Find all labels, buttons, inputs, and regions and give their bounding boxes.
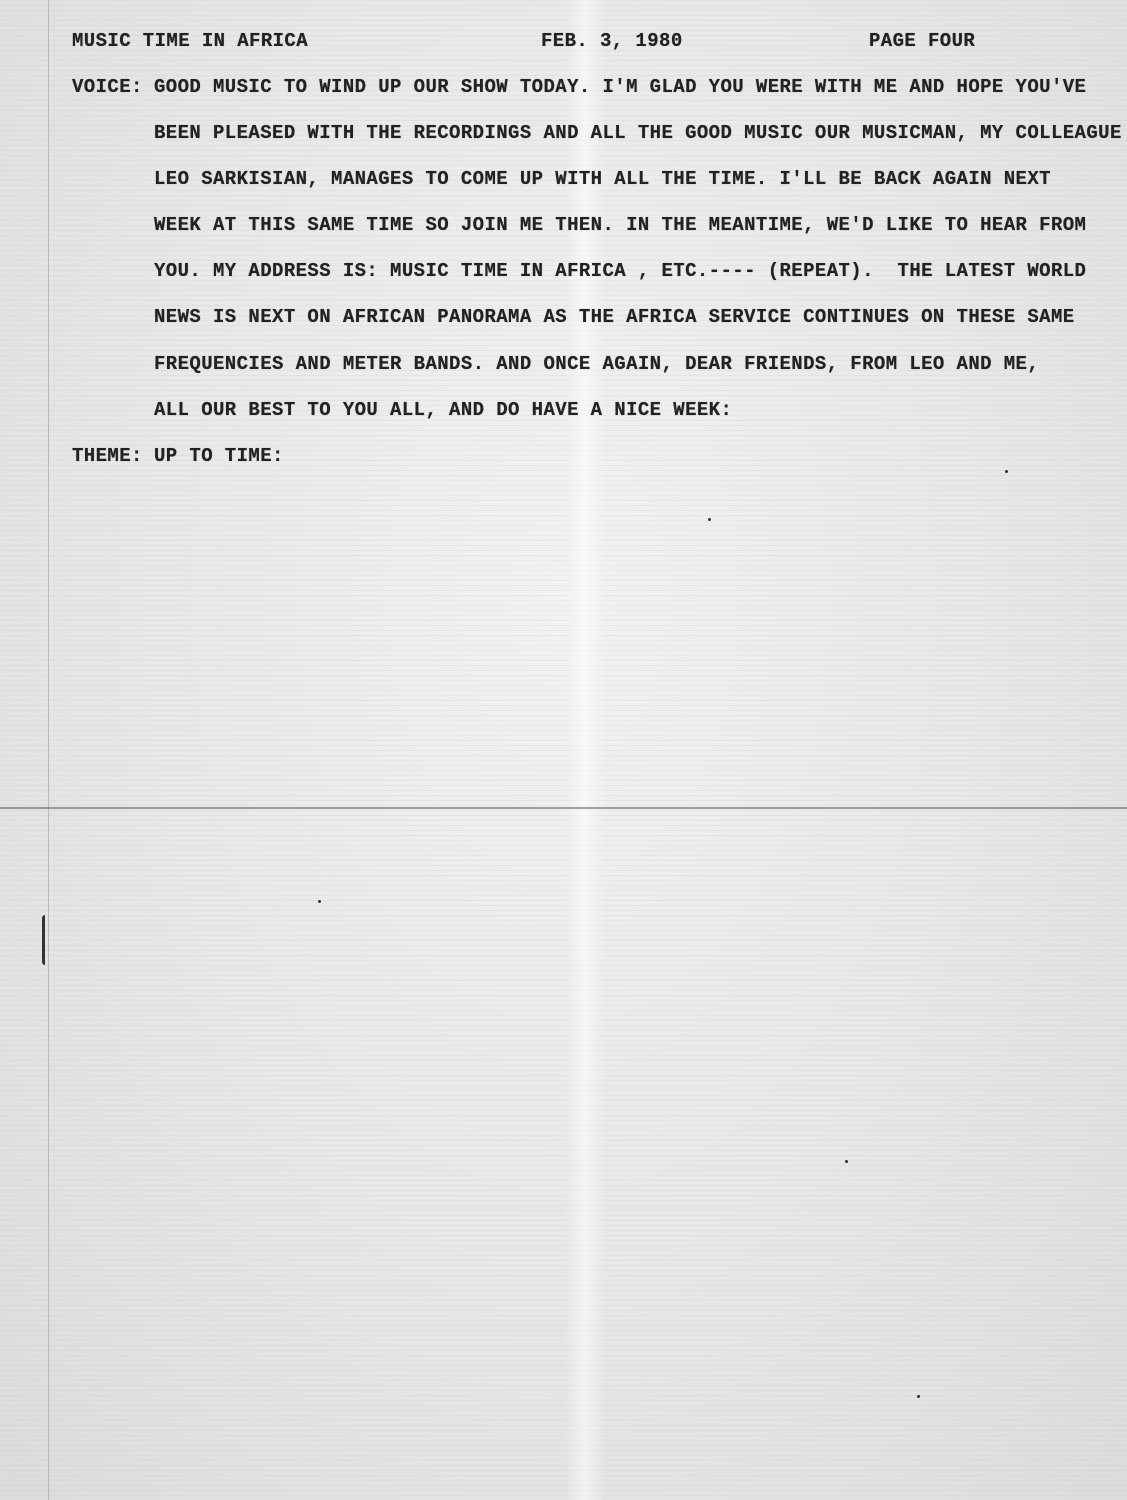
left-margin-line <box>48 0 49 1500</box>
ink-speck <box>917 1395 920 1398</box>
script-line: WEEK AT THIS SAME TIME SO JOIN ME THEN. … <box>154 214 1086 236</box>
ink-speck <box>1005 470 1008 473</box>
page-number: PAGE FOUR <box>869 30 975 52</box>
horizontal-fold-crease <box>0 807 1127 809</box>
script-line: ALL OUR BEST TO YOU ALL, AND DO HAVE A N… <box>154 399 732 421</box>
ink-speck <box>845 1160 848 1163</box>
script-line: BEEN PLEASED WITH THE RECORDINGS AND ALL… <box>154 122 1122 144</box>
program-title: MUSIC TIME IN AFRICA <box>72 30 308 52</box>
paper-tear-mark <box>42 915 49 965</box>
script-line: FREQUENCIES AND METER BANDS. AND ONCE AG… <box>154 353 1039 375</box>
broadcast-date: FEB. 3, 1980 <box>541 30 683 52</box>
script-line: NEWS IS NEXT ON AFRICAN PANORAMA AS THE … <box>154 306 1075 328</box>
speaker-label-voice: VOICE: <box>72 76 143 98</box>
speaker-label-theme: THEME: <box>72 445 143 467</box>
ink-speck <box>318 900 321 903</box>
ink-speck <box>708 518 711 521</box>
typed-page: MUSIC TIME IN AFRICA FEB. 3, 1980 PAGE F… <box>0 0 1127 1500</box>
script-line: LEO SARKISIAN, MANAGES TO COME UP WITH A… <box>154 168 1051 190</box>
script-line: UP TO TIME: <box>154 445 284 467</box>
script-line: YOU. MY ADDRESS IS: MUSIC TIME IN AFRICA… <box>154 260 1086 282</box>
script-line: GOOD MUSIC TO WIND UP OUR SHOW TODAY. I'… <box>154 76 1086 98</box>
